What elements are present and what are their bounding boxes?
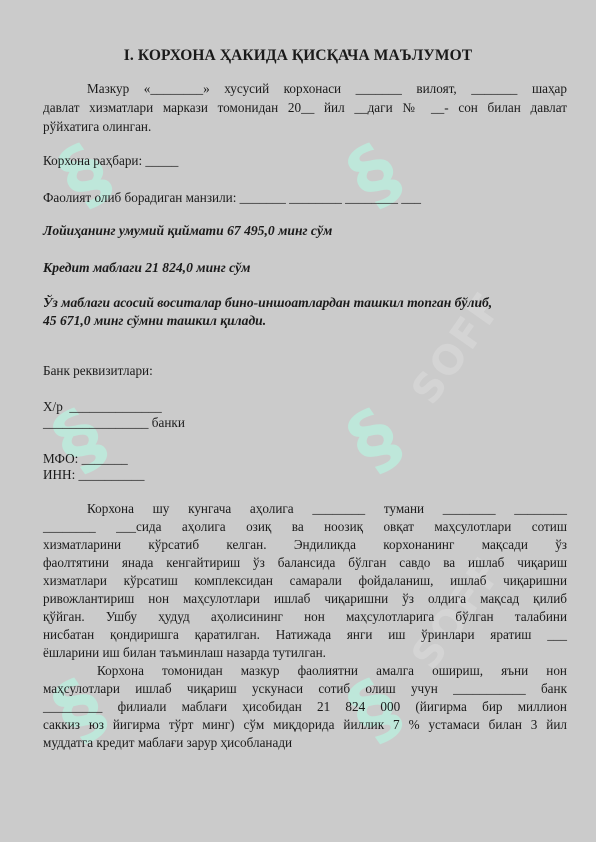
paragraph2-line: Корхона томонидан мазкур фаолиятни амалг…: [97, 662, 567, 681]
paragraph1-line: ________ ___сида аҳолига озиқ ва ноозиқ …: [43, 518, 567, 537]
document-page: § § SOFF § § SOFF § § I. КОРХОНА ҲАКИДА …: [0, 0, 596, 842]
watermark-logo-icon: §: [333, 127, 417, 223]
paragraph1-line: нисбатан қондиришга қаратилган. Натижада…: [43, 626, 567, 645]
watermark-logo-icon: §: [43, 127, 127, 223]
credit-amount: Кредит маблаги 21 824,0 минг сўм: [43, 259, 567, 278]
own-funds-line-2: 45 671,0 минг сўмни ташкил қилади.: [43, 312, 567, 331]
address-field: Фаолият олиб борадиган манзили: _______ …: [43, 189, 567, 208]
paragraph1-line: қўйган. Ушбу ҳудуд аҳолисининг нон маҳсу…: [43, 608, 567, 627]
paragraph1-line: ёшларини иш билан таъминлаш назарда тути…: [43, 644, 567, 663]
paragraph1-line: фаолтятини янада кенгайтириш ўз балансид…: [43, 554, 567, 573]
document-title: I. КОРХОНА ҲАКИДА ҚИСҚАЧА МАЪЛУМОТ: [0, 47, 596, 65]
paragraph2-line: _________ филиали маблағи ҳисобидан 21 8…: [43, 698, 567, 717]
inn-field: ИНН: __________: [43, 466, 567, 485]
paragraph1-line: хизматларини кўрсатиб келган. Эндиликда …: [43, 536, 567, 555]
paragraph1-line: Корхона шу кунгача аҳолига ________ тума…: [87, 500, 567, 519]
paragraph1-line: ривожлантириш нон маҳсулотлари ишлаб чиқ…: [43, 590, 567, 609]
paragraph2-line: маҳсулотлари ишлаб чиқариш ускунаси соти…: [43, 680, 567, 699]
intro-line-2: давлат хизматлари маркази томонидан 20__…: [43, 99, 567, 118]
intro-line-1: Мазкур «________» хусусий корхонаси ____…: [87, 80, 567, 99]
bank-details-heading: Банк реквизитлари:: [43, 362, 567, 381]
paragraph2-line: саккиз юз йигирма тўрт минг) сўм миқдори…: [43, 716, 567, 735]
own-funds-line-1: Ўз маблаги асосий воситалар бино-иншоатл…: [43, 294, 567, 313]
director-field: Корхона раҳбари: _____: [43, 152, 567, 171]
paragraph2-line: муддатга кредит маблағи зарур ҳисобланад…: [43, 734, 567, 753]
bank-name-field: ________________ банки: [43, 414, 567, 433]
paragraph1-line: хизматлари кўрсатиш комплексидан самарал…: [43, 572, 567, 591]
intro-line-3: рўйхатига олинган.: [43, 118, 567, 137]
project-cost: Лойиҳанинг умумий қиймати 67 495,0 минг …: [43, 222, 567, 241]
